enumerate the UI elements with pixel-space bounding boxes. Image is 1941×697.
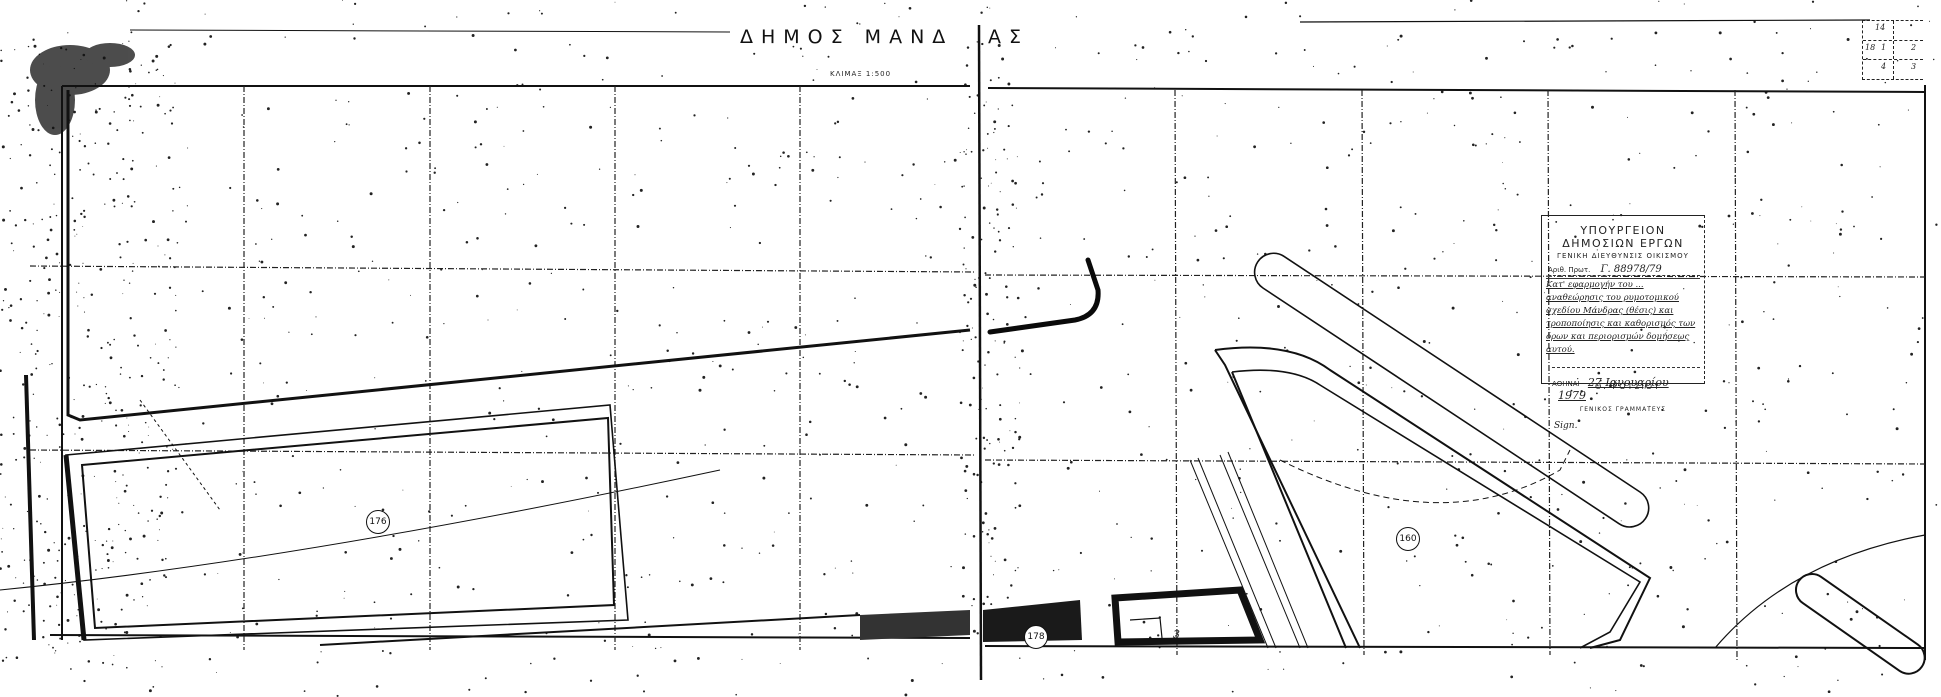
lot-marker: 178 bbox=[1024, 625, 1048, 649]
road-edge-left bbox=[68, 90, 1098, 420]
scale-label: ΚΛΙΜΑΞ 1:500 bbox=[830, 70, 891, 78]
small-capsule bbox=[1790, 568, 1931, 680]
stamp-reference: Αριθ. Πρωτ. Γ. 88978/79 bbox=[1548, 264, 1700, 276]
signer-name: Θ. ΡΟΤΣΙΟΥ bbox=[1595, 382, 1661, 391]
stamp-description: Κατ' εφαρμογήν του ... αναθεώρησις του ρ… bbox=[1546, 278, 1700, 357]
stamp-reference-prefix: Αριθ. Πρωτ. bbox=[1548, 266, 1590, 274]
right-sheet-frame bbox=[985, 85, 1925, 660]
grid-right bbox=[985, 90, 1925, 660]
stamp-ministry-line2: ΔΗΜΟΣΙΩΝ ΕΡΓΩΝ bbox=[1542, 237, 1704, 250]
scan-smudge bbox=[30, 43, 135, 135]
stamp-place: ΑΘΗΝΑΙ bbox=[1552, 380, 1580, 388]
parcel-176 bbox=[0, 400, 720, 640]
map-title-right: ΑΣ bbox=[988, 26, 1029, 48]
stamp-signature: Sign. bbox=[1554, 421, 1704, 431]
stamp-year: 1979 bbox=[1558, 389, 1586, 402]
sheet-divider bbox=[979, 25, 981, 680]
sheet-cell: 14 bbox=[1875, 23, 1885, 32]
left-sheet-frame bbox=[50, 86, 970, 640]
street-band-left bbox=[860, 610, 970, 640]
lot-marker: 160 bbox=[1396, 527, 1420, 551]
parcel-note: 3 bbox=[1173, 628, 1180, 641]
sheet-cell: 2 bbox=[1911, 43, 1916, 52]
sheet-cell: 3 bbox=[1911, 62, 1916, 71]
grid-left bbox=[30, 86, 975, 650]
sheet-cell: 4 bbox=[1881, 62, 1886, 71]
approval-stamp: ΥΠΟΥΡΓΕΙΟΝ ΔΗΜΟΣΙΩΝ ΕΡΓΩΝ ΓΕΝΙΚΗ ΔΙΕΥΘΥΝ… bbox=[1541, 215, 1705, 384]
lot-marker: 176 bbox=[366, 510, 390, 534]
stamp-role: ΓΕΝΙΚΟΣ ΓΡΑΜΜΑΤΕΥΣ bbox=[1542, 406, 1704, 413]
sheet-cell: 1 bbox=[1881, 43, 1886, 52]
stamp-directorate: ΓΕΝΙΚΗ ΔΙΕΥΘΥΝΣΙΣ ΟΙΚΙΣΜΟΥ bbox=[1542, 252, 1704, 260]
stamp-ministry-line1: ΥΠΟΥΡΓΕΙΟΝ bbox=[1542, 224, 1704, 237]
stamp-reference-number: Γ. 88978/79 bbox=[1601, 264, 1662, 275]
map-title-left: ΔΗΜΟΣ ΜΑΝΔ bbox=[740, 26, 953, 48]
sheet-side-mark: 18 bbox=[1865, 43, 1875, 52]
sheet-index-grid: 14 1 2 4 3 18 bbox=[1862, 20, 1923, 80]
left-strip bbox=[26, 375, 62, 640]
boundary-arc bbox=[1715, 535, 1925, 648]
